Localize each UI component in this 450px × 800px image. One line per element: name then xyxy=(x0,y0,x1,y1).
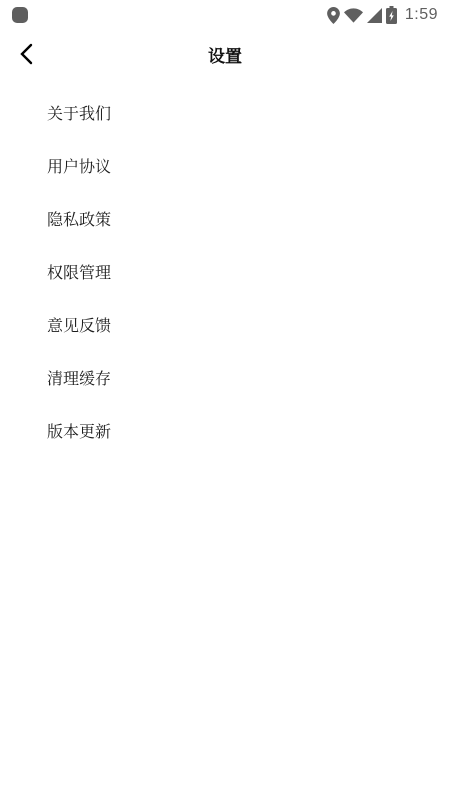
back-chevron-icon xyxy=(18,42,34,66)
settings-screen: 1:59 设置 关于我们 用户协议 隐私政策 权限管理 意见反馈 清理缓存 xyxy=(0,0,450,800)
settings-menu: 关于我们 用户协议 隐私政策 权限管理 意见反馈 清理缓存 版本更新 xyxy=(0,86,450,457)
page-title: 设置 xyxy=(208,42,242,67)
header: 设置 xyxy=(0,28,450,80)
menu-item-label: 版本更新 xyxy=(47,419,111,442)
status-bar-left xyxy=(12,7,28,23)
menu-item-user-agreement[interactable]: 用户协议 xyxy=(0,139,450,192)
menu-item-label: 隐私政策 xyxy=(47,207,111,230)
menu-item-privacy-policy[interactable]: 隐私政策 xyxy=(0,192,450,245)
app-notification-icon xyxy=(12,7,28,23)
menu-item-clear-cache[interactable]: 清理缓存 xyxy=(0,351,450,404)
menu-item-label: 权限管理 xyxy=(47,260,111,283)
menu-item-label: 意见反馈 xyxy=(47,313,111,336)
back-button[interactable] xyxy=(14,38,38,70)
menu-item-label: 用户协议 xyxy=(47,154,111,177)
cellular-signal-icon xyxy=(367,8,382,23)
status-time: 1:59 xyxy=(405,6,438,24)
wifi-icon xyxy=(344,8,363,23)
menu-item-label: 清理缓存 xyxy=(47,366,111,389)
location-icon xyxy=(327,7,340,24)
menu-item-feedback[interactable]: 意见反馈 xyxy=(0,298,450,351)
menu-item-about-us[interactable]: 关于我们 xyxy=(0,86,450,139)
battery-charging-icon xyxy=(386,6,397,24)
menu-item-permission-management[interactable]: 权限管理 xyxy=(0,245,450,298)
status-bar: 1:59 xyxy=(0,0,450,28)
menu-item-version-update[interactable]: 版本更新 xyxy=(0,404,450,457)
status-bar-right: 1:59 xyxy=(327,6,438,24)
menu-item-label: 关于我们 xyxy=(47,101,111,124)
